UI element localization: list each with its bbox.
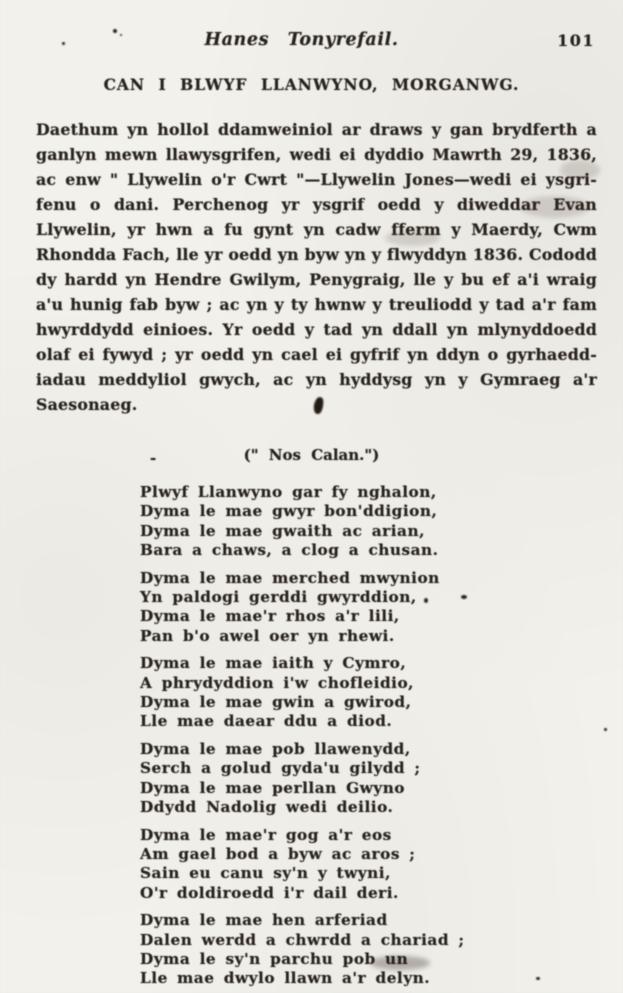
poem-heading-row: - (" Nos Calan.") [0,446,623,464]
poem: Plwyf Llanwyno gar fy nghalon, Dyma le m… [140,483,465,993]
poem-line: Dalen werdd a chwrdd a chariad ; [140,931,465,950]
paragraph-line: a'u hunig fab byw ; ac yn y ty hwnw y tr… [36,292,597,317]
scan-smudge [560,160,600,180]
stanza: Dyma le mae merched mwynion Yn paldogi g… [140,569,465,647]
stanza: Plwyf Llanwyno gar fy nghalon, Dyma le m… [140,483,465,561]
poem-line: O'r doldiroedd i'r dail deri. [140,884,465,903]
paragraph-line: iadau meddyliol gwych, ac yn hyddysg yn … [36,367,597,392]
ink-speck [120,34,122,36]
scan-smudge [520,196,590,218]
paragraph-line: Llywelin, yr hwn a fu gynt yn cadw fferm… [36,217,597,242]
poem-heading: (" Nos Calan.") [244,446,380,464]
poem-line: Lle mae dwylo llawn a'r delyn. [140,969,465,988]
poem-line: Dyma le mae gwin a gwirod, [140,693,465,712]
poem-line: Serch a golud gyda'u gilydd ; [140,759,465,778]
poem-line: Ddydd Nadolig wedi deilio. [140,798,465,817]
poem-line: Pan b'o awel oer yn rhewi. [140,627,465,646]
paragraph-line: olaf ei fywyd ; yr oedd yn cael ei gyfri… [36,342,597,367]
ink-speck [424,598,428,603]
poem-line: Dyma le mae gwyr bon'ddigion, [140,502,465,521]
paragraph-line: ganlyn mewn llawysgrifen, wedi ei dyddio… [36,142,597,167]
ink-speck [62,42,65,45]
paragraph-line: Rhondda Fach, lle yr oedd yn byw yn y fl… [36,242,597,267]
poem-line: Dyma le mae pob llawenydd, [140,740,465,759]
poem-line: Plwyf Llanwyno gar fy nghalon, [140,483,465,502]
poem-line: Dyma le mae iaith y Cymro, [140,654,465,673]
book-page: Hanes Tonyrefail. 101 CAN I BLWYF LLANWY… [0,0,623,993]
poem-line: A phrydyddion i'w chofleidio, [140,674,465,693]
poem-line: Lle mae daear ddu a diod. [140,712,465,731]
poem-line: Dyma le mae hen arferiad [140,911,465,930]
ink-speck [536,977,540,980]
ink-speck [113,29,117,33]
scan-smudge [385,230,440,246]
page-header: Hanes Tonyrefail. 101 [0,30,623,56]
intro-paragraph: Daethum yn hollol ddamweiniol ar draws y… [36,117,597,417]
article-title: CAN I BLWYF LLANWYNO, MORGANWG. [0,75,623,94]
poem-line: Dyma le mae merched mwynion [140,569,465,588]
stanza: Dyma le mae iaith y Cymro, A phrydyddion… [140,654,465,732]
running-title: Hanes Tonyrefail. [0,30,613,50]
poem-line: Dyma le mae'r gog a'r eos [140,826,465,845]
page-number: 101 [557,31,595,50]
poem-line: Bara a chaws, a clog a chusan. [140,541,465,560]
paragraph-line: hwyrddydd einioes. Yr oedd y tad yn ddal… [36,317,597,342]
paragraph-line: fenu o dani. Perchenog yr ysgrif oedd y … [36,192,597,217]
poem-line: Dyma le mae gwaith ac arian, [140,522,465,541]
poem-line: Sain eu canu sy'n y twyni, [140,864,465,883]
paragraph-line: dy hardd yn Hendre Gwilym, Penygraig, ll… [36,267,597,292]
heading-dash: - [150,449,156,467]
scan-smudge [370,956,430,970]
poem-line: Yn paldogi gerddi gwyrddion, [140,588,465,607]
stanza: Dyma le mae'r gog a'r eos Am gael bod a … [140,826,465,904]
poem-line: Dyma le mae'r rhos a'r lili, [140,607,465,626]
paragraph-line: ac enw " Llywelin o'r Cwrt "—Llywelin Jo… [36,167,597,192]
ink-speck [461,595,467,599]
ink-speck [604,728,607,731]
poem-line: Am gael bod a byw ac aros ; [140,845,465,864]
paragraph-line: Daethum yn hollol ddamweiniol ar draws y… [36,117,597,142]
poem-line: Dyma le mae perllan Gwyno [140,779,465,798]
stanza: Dyma le mae hen arferiad Dalen werdd a c… [140,911,465,989]
stanza: Dyma le mae pob llawenydd, Serch a golud… [140,740,465,818]
